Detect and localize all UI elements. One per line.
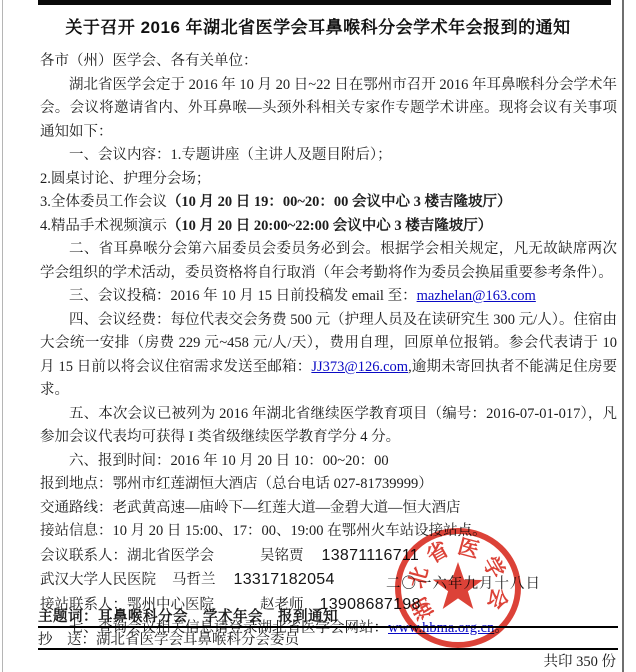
official-seal: 湖 北 省 医 学 会 xyxy=(390,526,526,654)
lodging-email-link[interactable]: JJ373@126.com xyxy=(311,359,408,375)
seal-char-4: 医 xyxy=(455,535,481,563)
page-title: 关于召开 2016 年湖北省医学会耳鼻喉科分会学术年会报到的通知 xyxy=(30,13,606,38)
contact2-phone: 13317182054 xyxy=(234,571,335,588)
section6-route: 交通路线：老武黄高速—庙岭下—红莲大道—金碧大道—恒大酒店 xyxy=(40,497,617,521)
section1-item3: 3.全体委员工作会议（10 月 20 日 19：00~20：00 会议中心 3 … xyxy=(40,191,617,215)
scanned-notice-document: { "document": { "title": "关于召开 2016 年湖北省… xyxy=(0,0,636,672)
scan-edge-left-line xyxy=(2,0,3,672)
scan-edge-right-line xyxy=(622,0,624,672)
contact-row-1: 会议联系人：湖北省医学会吴铭贾13871116711 xyxy=(40,544,617,569)
seal-char-1: 湖 xyxy=(408,593,438,623)
section6-pickup: 接站信息：10 月 20 日 15:00、17：00、19:00 在鄂州火车站设… xyxy=(40,520,617,544)
section2-paragraph: 二、省耳鼻喉分会第六届委员会委员务必到会。根据学会相关规定，凡无故缺席两次学会组… xyxy=(40,238,617,285)
salutation: 各市（州）医学会、各有关单位： xyxy=(40,50,617,74)
section1-item3-venue: （10 月 20 日 19：00~20：00 会议中心 3 楼吉隆坡厅） xyxy=(167,194,512,210)
print-count: 共印 350 份 xyxy=(38,650,616,671)
submission-email-link[interactable]: mazhelan@163.com xyxy=(417,288,536,304)
seal-star-icon xyxy=(433,562,482,609)
scan-edge-top-bar xyxy=(38,0,611,5)
seal-char-5: 学 xyxy=(478,552,509,582)
footer-cc-line: 抄 送：湖北省医学会耳鼻喉科分会委员 xyxy=(38,628,618,649)
section3-line: 三、会议投稿：2016 年 10 月 15 日前投稿发 email 至：mazh… xyxy=(40,285,617,309)
contact1-label: 会议联系人：湖北省医学会 xyxy=(40,548,214,564)
section6-place: 报到地点：鄂州市红莲湖恒大酒店（总台电话 027-81739999） xyxy=(40,473,617,497)
contact2-name: 马哲兰 xyxy=(172,572,216,588)
section3-text: 三、会议投稿：2016 年 10 月 15 日前投稿发 email 至： xyxy=(69,288,417,304)
section1-line1: 一、会议内容：1.专题讲座（主讲人及题目附后）； xyxy=(40,144,617,168)
intro-paragraph: 湖北省医学会定于 2016 年 10 月 20 日~22 日在鄂州市召开 201… xyxy=(40,74,617,145)
section4-paragraph: 四、会议经费：每位代表交会务费 500 元（护理人员及在读研究生 300 元/人… xyxy=(40,309,617,403)
section1-item4-text: 4.精品手术视频演示 xyxy=(40,218,167,234)
section5-paragraph: 五、本次会议已被列为 2016 年湖北省继续医学教育项目（编号：2016-07-… xyxy=(40,403,617,450)
footer-keywords: 主题词：耳鼻喉科分会 学术年会 报到通知 xyxy=(38,605,618,626)
seal-char-2: 北 xyxy=(405,564,433,590)
section1-item4: 4.精品手术视频演示（10 月 20 日 20:00~22:00 会议中心 3 … xyxy=(40,215,617,239)
section1-item2: 2.圆桌讨论、护理分会场； xyxy=(40,168,617,192)
contact2-org: 武汉大学人民医院 xyxy=(40,572,156,588)
document-body: 各市（州）医学会、各有关单位： 湖北省医学会定于 2016 年 10 月 20 … xyxy=(40,50,617,641)
section6-time: 六、报到时间：2016 年 10 月 20 日 10：00~20：00 xyxy=(40,450,617,474)
section1-item4-venue: （10 月 20 日 20:00~22:00 会议中心 3 楼吉隆坡厅） xyxy=(167,218,492,234)
seal-char-6: 会 xyxy=(483,585,512,611)
contact1-name: 吴铭贾 xyxy=(260,548,304,564)
section1-item3-text: 3.全体委员工作会议 xyxy=(40,194,167,210)
